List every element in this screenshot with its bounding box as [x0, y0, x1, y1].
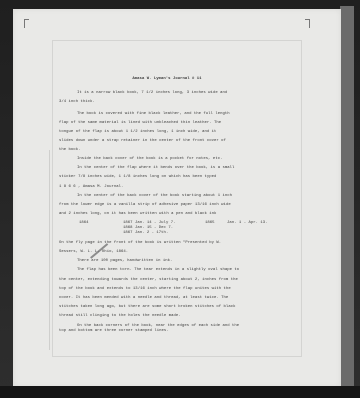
paragraph-line: thread still clinging to the holes the n… [59, 312, 305, 321]
paragraph-line: There are 100 pages, handwritten in ink. [59, 257, 305, 266]
paragraph-line: In the center of the back cover of the b… [59, 192, 305, 201]
date-range: 1867 Jan. 2 - 17th. [123, 231, 205, 236]
paragraph-line: On the fly page in the front of the book… [59, 239, 305, 248]
document-title: Amasa W. Lyman's Journal # 11 [29, 75, 305, 84]
crop-mark-top-right [305, 19, 310, 28]
paragraph-line: In the center of the flap where it bends… [59, 164, 305, 173]
paragraph-line: Sessers, W. L. L. Ohio, 1864. [59, 248, 305, 257]
paragraph-line: sticker 7/8 inches wide, 1 1/8 inches lo… [59, 173, 305, 182]
paragraph-line: The flap has been torn. The tear extends… [59, 266, 305, 275]
paragraph-line: Inside the back cover of the book is a p… [59, 155, 305, 164]
paragraph-line: The book is covered with fine black leat… [59, 110, 305, 119]
paragraph-line: It is a narrow black book, 7 1/2 inches … [59, 89, 305, 98]
paragraph-line: top and bottom are three corner stamped … [59, 329, 305, 334]
paragraph-line: cover. It has been mended with a needle … [59, 294, 305, 303]
paragraph-line: the center, extending towards the center… [59, 276, 305, 285]
paragraph-line: tongue of the flap is about 1 1/2 inches… [59, 128, 305, 137]
paragraph-line: top of the book and extends to 13/16 inc… [59, 285, 305, 294]
paragraph-line: the book. [59, 146, 305, 155]
paragraph-line: slides down under a strap retainer in th… [59, 137, 305, 146]
document-body: Amasa W. Lyman's Journal # 11 It is a na… [59, 75, 305, 334]
paragraph-line: flap of the same material is lined with … [59, 119, 305, 128]
paragraph-line: 3/4 inch thick. [59, 98, 305, 107]
margin-line [49, 150, 50, 350]
date-table: 1864 1867 Jan. 14 - July 7. 1865 Jan. 1 … [79, 221, 305, 237]
scan-bottom-edge [0, 386, 360, 398]
film-edge [340, 6, 354, 386]
crop-mark-top-left [24, 19, 29, 28]
paragraph-line: stitches taken long ago, but there are s… [59, 303, 305, 312]
paragraph-line: 1 8 6 6 , Amasa M. Journal. [59, 183, 305, 192]
paragraph-line: from the lower edge is a vanilla strip o… [59, 201, 305, 210]
paragraph-line: and 2 inches long, on it has been writte… [59, 210, 305, 219]
